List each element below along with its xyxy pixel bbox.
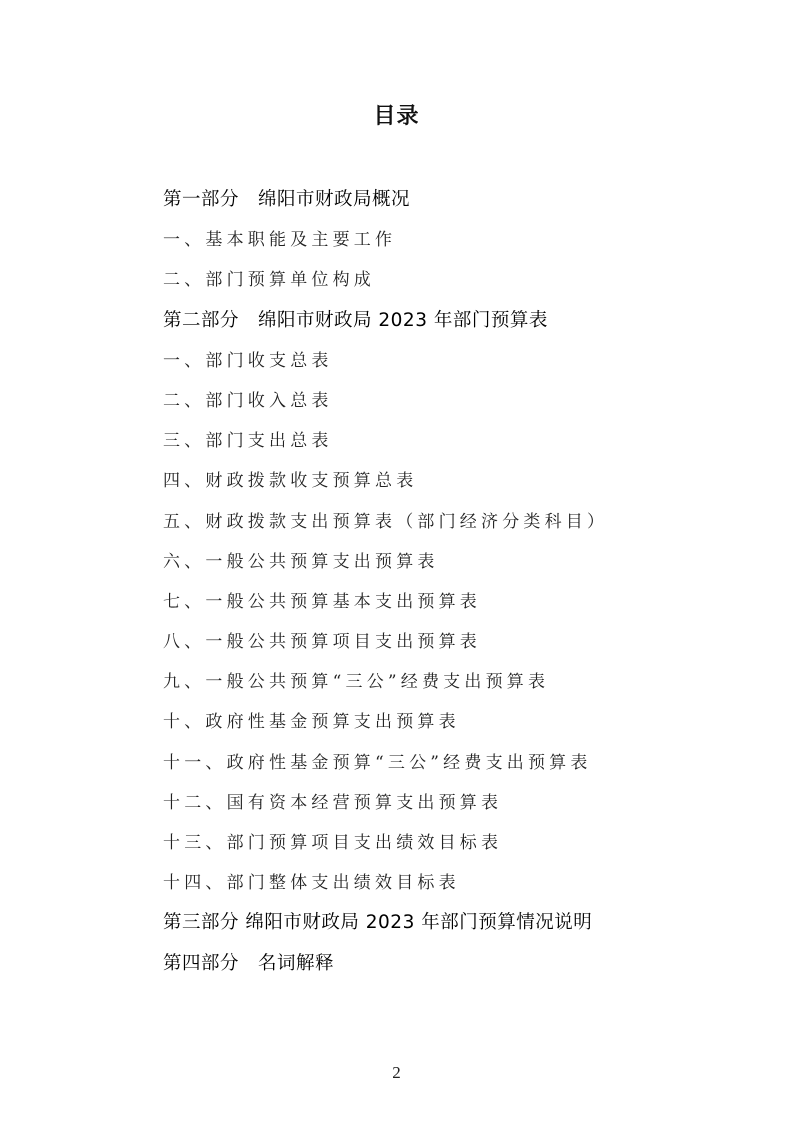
toc-item[interactable]: 二、部门预算单位构成 [163,266,608,306]
toc-item[interactable]: 七、一般公共预算基本支出预算表 [163,588,608,628]
toc-part-4[interactable]: 第四部分 名词解释 [163,950,608,990]
toc-item[interactable]: 九、一般公共预算“三公”经费支出预算表 [163,668,608,708]
toc-item[interactable]: 三、部门支出总表 [163,427,608,467]
toc-item[interactable]: 一、基本职能及主要工作 [163,226,608,266]
toc-part-1[interactable]: 第一部分 绵阳市财政局概况 [163,186,608,226]
page-number: 2 [0,1063,793,1083]
table-of-contents: 第一部分 绵阳市财政局概况 一、基本职能及主要工作 二、部门预算单位构成 第二部… [163,186,608,990]
toc-item[interactable]: 一、部门收支总表 [163,347,608,387]
toc-item[interactable]: 十二、国有资本经营预算支出预算表 [163,789,608,829]
toc-item[interactable]: 十、政府性基金预算支出预算表 [163,708,608,748]
toc-part-2[interactable]: 第二部分 绵阳市财政局 2023 年部门预算表 [163,307,608,347]
toc-item[interactable]: 八、一般公共预算项目支出预算表 [163,628,608,668]
page-title: 目录 [0,99,793,130]
toc-item[interactable]: 十三、部门预算项目支出绩效目标表 [163,829,608,869]
toc-item[interactable]: 五、财政拨款支出预算表（部门经济分类科目） [163,508,608,548]
toc-item[interactable]: 四、财政拨款收支预算总表 [163,467,608,507]
toc-part-3[interactable]: 第三部分 绵阳市财政局 2023 年部门预算情况说明 [163,909,608,949]
toc-item[interactable]: 十一、政府性基金预算“三公”经费支出预算表 [163,749,608,789]
toc-item[interactable]: 十四、部门整体支出绩效目标表 [163,869,608,909]
toc-item[interactable]: 二、部门收入总表 [163,387,608,427]
toc-item[interactable]: 六、一般公共预算支出预算表 [163,548,608,588]
